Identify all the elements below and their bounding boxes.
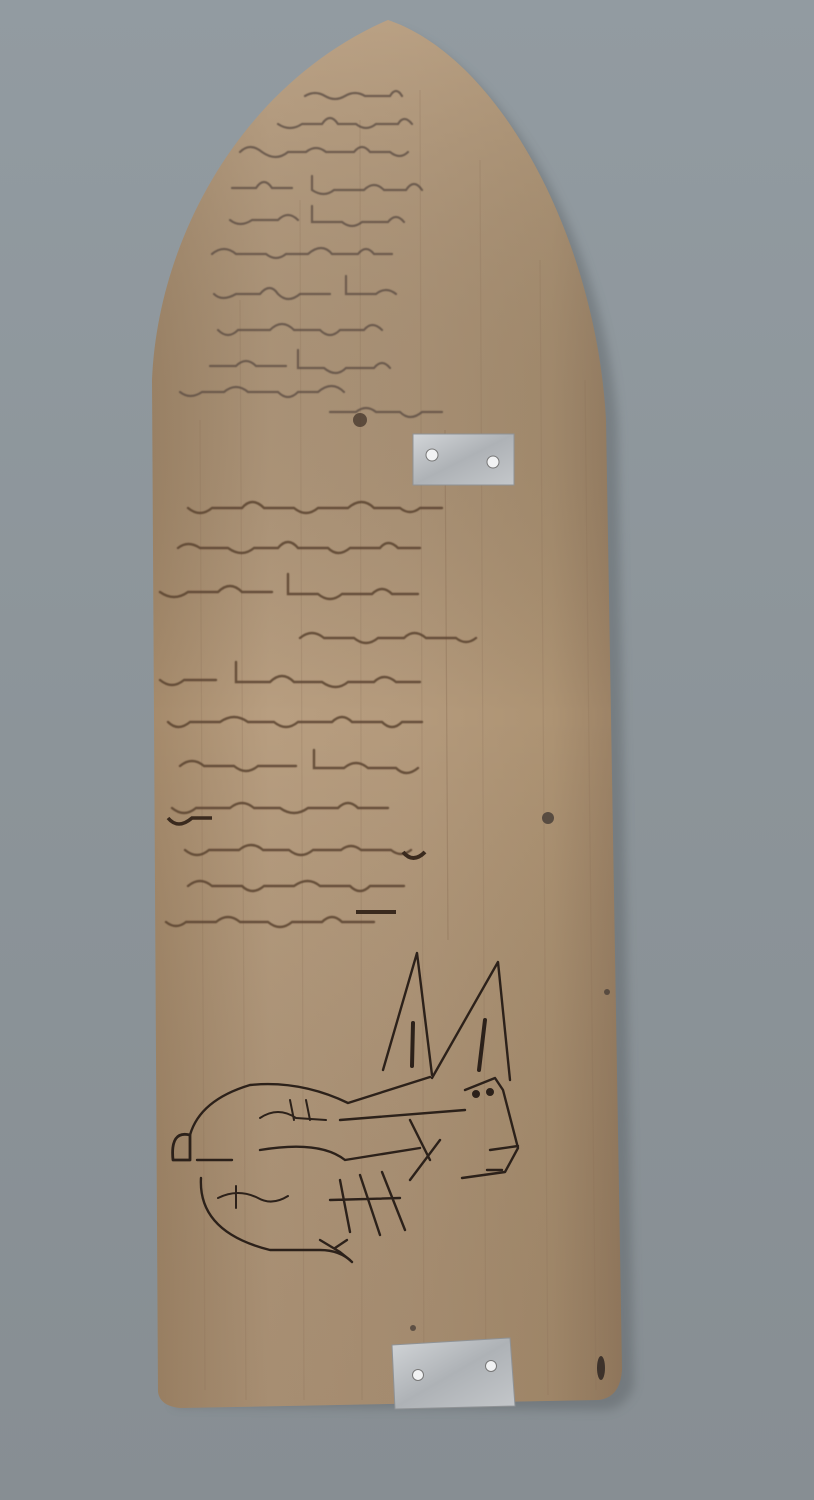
photo-stage: Wooden Quranic writing board (lawh) with… [0, 0, 814, 1500]
rivet-icon [487, 456, 499, 468]
repair-plate-bottom [392, 1338, 515, 1409]
writing-board-illustration [0, 0, 814, 1500]
wood-hole [542, 812, 554, 824]
rivet-icon [413, 1370, 424, 1381]
rivet-icon [486, 1361, 497, 1372]
hanging-slot [597, 1356, 605, 1380]
repair-plate-upper [413, 434, 514, 485]
wood-knot [353, 413, 367, 427]
rivet-icon [426, 449, 438, 461]
